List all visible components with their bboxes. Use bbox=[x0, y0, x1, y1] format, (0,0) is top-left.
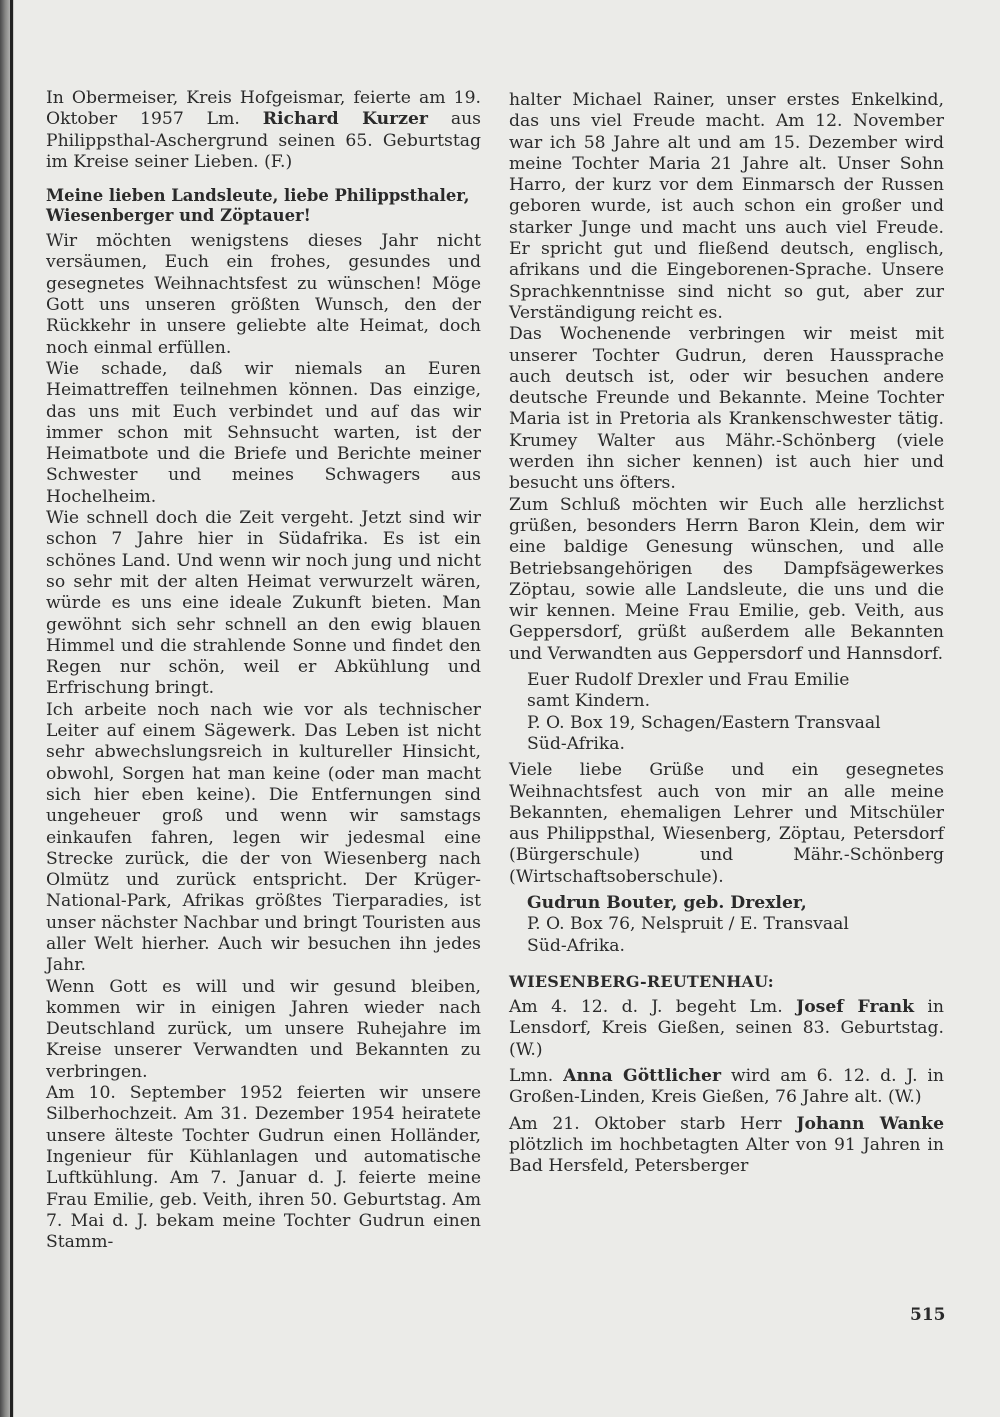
notice-wanke: Am 21. Oktober starb Herr Johann Wanke p… bbox=[509, 1114, 944, 1178]
right-column: halter Michael Rainer, unser erstes Enke… bbox=[509, 90, 944, 1178]
person-name: Anna Göttlicher bbox=[563, 1066, 721, 1086]
paragraph: Das Wochenende verbringen wir meist mit … bbox=[509, 324, 944, 494]
binding-edge bbox=[10, 0, 13, 1417]
page-number: 515 bbox=[910, 1305, 946, 1325]
birthday-notice-kurzer: In Obermeiser, Kreis Hofgeismar, feierte… bbox=[46, 88, 481, 173]
paragraph: Wir möchten wenigstens dieses Jahr nicht… bbox=[46, 231, 481, 359]
paragraph: Zum Schluß möchten wir Euch alle herzlic… bbox=[509, 495, 944, 665]
person-name: Johann Wanke bbox=[796, 1114, 944, 1134]
paragraph: Ich arbeite noch nach wie vor als techni… bbox=[46, 700, 481, 977]
notice-goettlicher: Lmn. Anna Göttlicher wird am 6. 12. d. J… bbox=[509, 1066, 944, 1109]
signature-bouter: Gudrun Bouter, geb. Drexler, P. O. Box 7… bbox=[509, 893, 944, 957]
signature-drexler: Euer Rudolf Drexler und Frau Emilie samt… bbox=[509, 670, 944, 755]
left-column: In Obermeiser, Kreis Hofgeismar, feierte… bbox=[46, 88, 481, 1253]
letter-heading: Meine lieben Landsleute, liebe Philippst… bbox=[46, 186, 481, 226]
paragraph: Wie schade, daß wir niemals an Euren Hei… bbox=[46, 359, 481, 508]
notice-frank: Am 4. 12. d. J. begeht Lm. Josef Frank i… bbox=[509, 997, 944, 1061]
paragraph: Wenn Gott es will und wir gesund bleiben… bbox=[46, 977, 481, 1083]
paragraph: Am 10. September 1952 feierten wir unser… bbox=[46, 1083, 481, 1253]
person-name: Josef Frank bbox=[796, 997, 914, 1017]
person-name: Richard Kurzer bbox=[263, 109, 428, 129]
signer-name: Gudrun Bouter, geb. Drexler, bbox=[527, 893, 807, 913]
greeting-paragraph: Viele liebe Grüße und ein gesegnetes Wei… bbox=[509, 760, 944, 888]
paragraph: Wie schnell doch die Zeit vergeht. Jetzt… bbox=[46, 508, 481, 700]
section-heading-wiesenberg: WIESENBERG-REUTENHAU: bbox=[509, 971, 944, 992]
paragraph: halter Michael Rainer, unser erstes Enke… bbox=[509, 90, 944, 324]
